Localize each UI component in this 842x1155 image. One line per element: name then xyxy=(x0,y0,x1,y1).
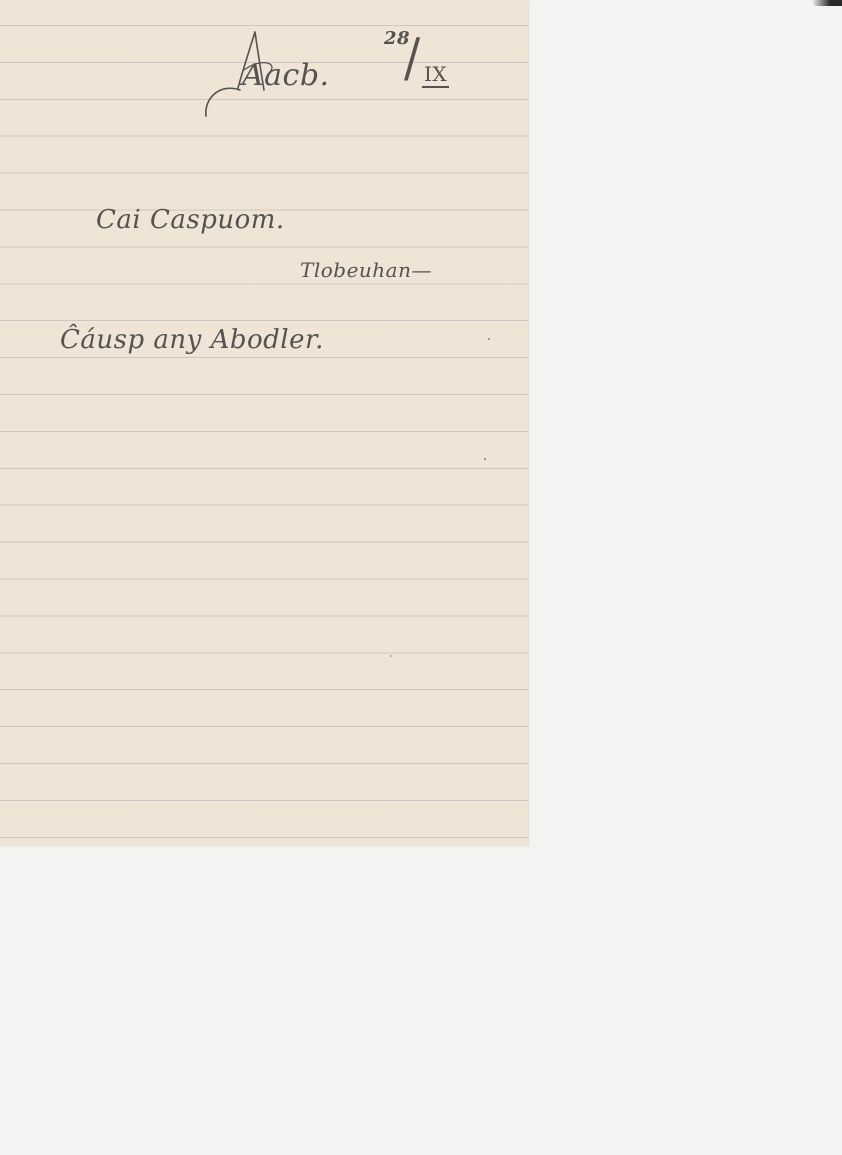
header-flourish-icon xyxy=(200,28,460,128)
paper-speck xyxy=(390,655,392,657)
handwritten-line-1: Cai Caspuom. xyxy=(96,205,285,235)
paper-speck xyxy=(484,458,486,460)
note-header: Aacb. 28 / IX xyxy=(200,28,460,128)
ruled-paper-sheet: Aacb. 28 / IX Cai Caspuom. Tlobeuhan— Ĉá… xyxy=(0,0,528,846)
handwritten-line-3: Ĉáusp any Abodler. xyxy=(60,325,324,355)
date-month: IX xyxy=(422,62,449,88)
scanner-edge-shadow xyxy=(812,0,842,6)
handwritten-line-2: Tlobeuhan— xyxy=(300,258,432,282)
date-separator: / xyxy=(404,27,421,89)
header-word: Aacb. xyxy=(242,58,330,93)
paper-speck xyxy=(488,338,490,340)
